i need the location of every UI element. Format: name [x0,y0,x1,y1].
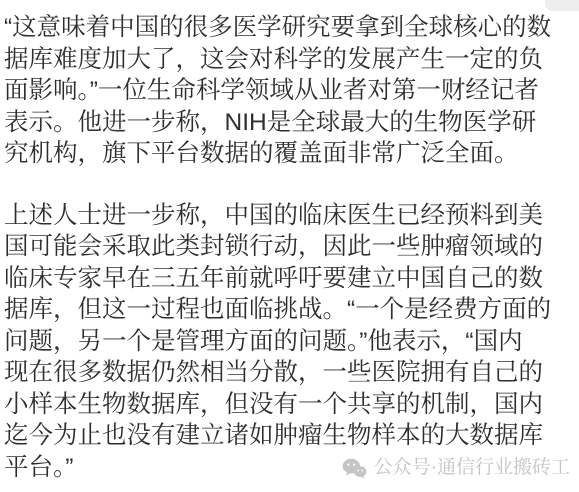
wechat-watermark: 公众号·通信行业搬砖工 [342,455,570,481]
text-line: 据库，但这一过程也面临挑战。“一个是经费方面的 [4,294,575,326]
top-right-artifact [545,0,579,11]
article-body: “这意味着中国的很多医学研究要拿到全球核心的数 据库难度加大了，这会对科学的发展… [0,0,579,483]
text-line: 面影响。”一位生命科学领域从业者对第一财经记者 [4,75,575,107]
text-line: 上述人士进一步称，中国的临床医生已经预料到美 [4,200,575,232]
paragraph-2: 上述人士进一步称，中国的临床医生已经预料到美 国可能会采取此类封锁行动，因此一些… [4,200,575,484]
text-line: 问题，另一个是管理方面的问题。”他表示，“国内 [4,326,575,358]
text-line: 现在很多数据仍然相当分散，一些医院拥有自己的 [4,357,575,389]
text-line: 国可能会采取此类封锁行动，因此一些肿瘤领域的 [4,231,575,263]
text-line: 表示。他进一步称，NIH是全球最大的生物医学研 [4,107,575,139]
text-line: 据库难度加大了，这会对科学的发展产生一定的负 [4,44,575,76]
text-line: 临床专家早在三五年前就呼吁要建立中国自己的数 [4,263,575,295]
paragraph-1: “这意味着中国的很多医学研究要拿到全球核心的数 据库难度加大了，这会对科学的发展… [4,12,575,170]
text-line: 究机构，旗下平台数据的覆盖面非常广泛全面。 [4,138,575,170]
text-line: “这意味着中国的很多医学研究要拿到全球核心的数 [4,12,575,44]
text-line: 小样本生物数据库，但没有一个共享的机制，国内 [4,389,575,421]
text-line: 迄今为止也没有建立诸如肿瘤生物样本的大数据库 [4,420,575,452]
wechat-icon [342,458,367,479]
watermark-label: 公众号·通信行业搬砖工 [374,455,570,481]
